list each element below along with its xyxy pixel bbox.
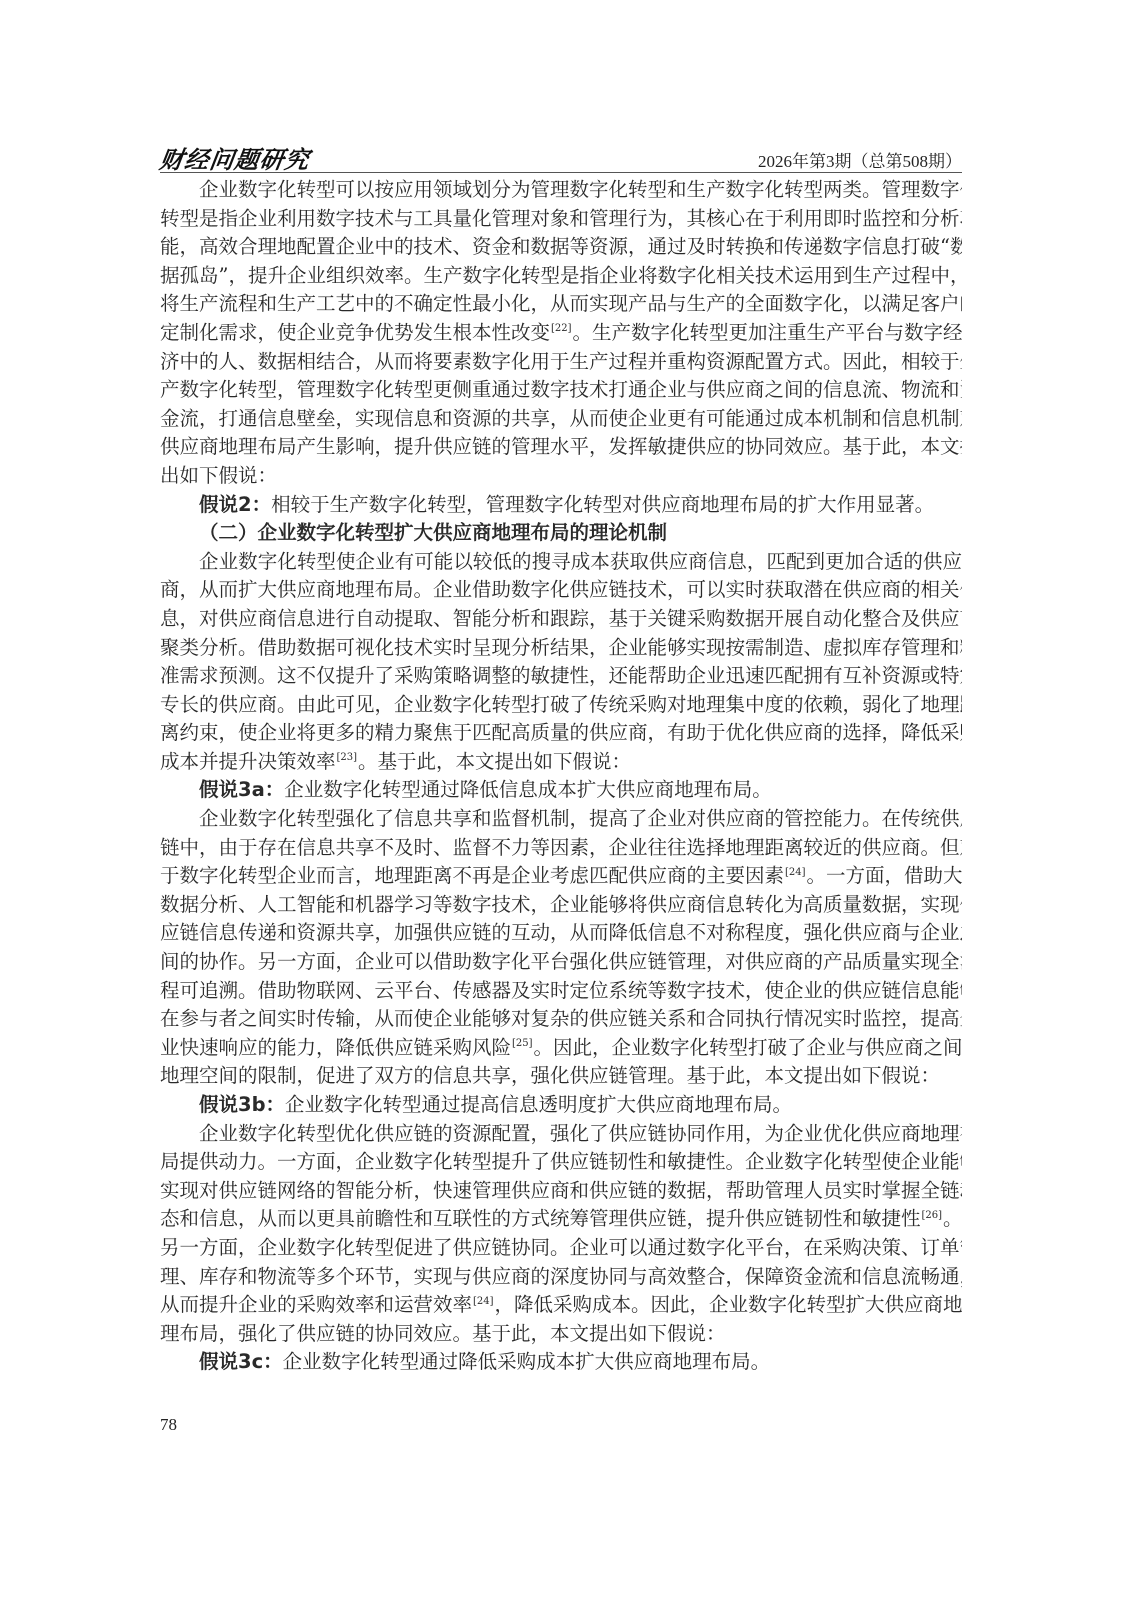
line-text-after: ，降低采购成本。因此，企业数字化转型扩大供应商地 <box>495 1293 962 1316</box>
citation-ref: [24] <box>473 1296 494 1307</box>
line-text: 在参与者之间实时传输，从而使企业能够对复杂的供应链关系和合同执行情况实时监控，提… <box>160 1007 962 1030</box>
hypothesis-line: 假说3c：企业数字化转型通过降低采购成本扩大供应商地理布局。 <box>160 1348 962 1377</box>
hypothesis-line: 假说3b：企业数字化转型通过提高信息透明度扩大供应商地理布局。 <box>160 1091 962 1120</box>
line-text: 准需求预测。这不仅提升了采购策略调整的敏捷性，还能帮助企业迅速匹配拥有互补资源或… <box>160 664 962 687</box>
line-text: 应链信息传递和资源共享，加强供应链的互动，从而降低信息不对称程度，强化供应商与企… <box>160 921 962 944</box>
line-text: 出如下假说： <box>160 464 277 487</box>
paragraph-line: 局提供动力。一方面，企业数字化转型提升了供应链韧性和敏捷性。企业数字化转型使企业… <box>160 1148 962 1177</box>
paragraph-line: 出如下假说： <box>160 462 962 491</box>
paragraph-line: 产数字化转型，管理数字化转型更侧重通过数字技术打通企业与供应商之间的信息流、物流… <box>160 376 962 405</box>
paragraph-line: 程可追溯。借助物联网、云平台、传感器及实时定位系统等数字技术，使企业的供应链信息… <box>160 977 962 1006</box>
paragraph-line: 数据分析、人工智能和机器学习等数字技术，企业能够将供应商信息转化为高质量数据，实… <box>160 891 962 920</box>
section-heading: （二）企业数字化转型扩大供应商地理布局的理论机制 <box>160 519 962 548</box>
paragraph-line: 在参与者之间实时传输，从而使企业能够对复杂的供应链关系和合同执行情况实时监控，提… <box>160 1005 962 1034</box>
line-text: 另一方面，企业数字化转型促进了供应链协同。企业可以通过数字化平台，在采购决策、订… <box>160 1236 962 1259</box>
line-text: 于数字化转型企业而言，地理距离不再是企业考虑匹配供应商的主要因素 <box>160 864 784 887</box>
line-text: 专长的供应商。由此可见，企业数字化转型打破了传统采购对地理集中度的依赖，弱化了地… <box>160 693 962 716</box>
paragraph-line: 地理空间的限制，促进了双方的信息共享，强化供应链管理。基于此，本文提出如下假说： <box>160 1062 962 1091</box>
citation-ref: [22] <box>551 323 572 334</box>
hypothesis-label: 假说3b： <box>199 1093 285 1116</box>
line-text-after: 。一方面，借助大 <box>807 864 962 887</box>
line-text: 离约束，使企业将更多的精力聚焦于匹配高质量的供应商，有助于优化供应商的选择，降低… <box>160 721 962 744</box>
issue-info: 2026年第3期（总第508期） <box>758 147 962 172</box>
paragraph-line: 准需求预测。这不仅提升了采购策略调整的敏捷性，还能帮助企业迅速匹配拥有互补资源或… <box>160 662 962 691</box>
paragraph-line: 息，对供应商信息进行自动提取、智能分析和跟踪，基于关键采购数据开展自动化整合及供… <box>160 605 962 634</box>
paragraph-line: 聚类分析。借助数据可视化技术实时呈现分析结果，企业能够实现按需制造、虚拟库存管理… <box>160 634 962 663</box>
body-text: 企业数字化转型可以按应用领域划分为管理数字化转型和生产数字化转型两类。管理数字化… <box>160 176 962 1377</box>
paragraph-line: 理布局，强化了供应链的协同效应。基于此，本文提出如下假说： <box>160 1320 962 1349</box>
line-text: 程可追溯。借助物联网、云平台、传感器及实时定位系统等数字技术，使企业的供应链信息… <box>160 979 962 1002</box>
citation-ref: [23] <box>337 752 358 763</box>
line-text: 从而提升企业的采购效率和运营效率 <box>160 1293 472 1316</box>
hypothesis-line: 假说3a：企业数字化转型通过降低信息成本扩大供应商地理布局。 <box>160 776 962 805</box>
paragraph-line: 能，高效合理地配置企业中的技术、资金和数据等资源，通过及时转换和传递数字信息打破… <box>160 233 962 262</box>
hypothesis-label: 假说3c： <box>199 1350 283 1373</box>
line-text: 济中的人、数据相结合，从而将要素数字化用于生产过程并重构资源配置方式。因此，相较… <box>160 350 962 373</box>
citation-ref: [25] <box>512 1038 533 1049</box>
paragraph-line: 于数字化转型企业而言，地理距离不再是企业考虑匹配供应商的主要因素[24]。一方面… <box>160 862 962 891</box>
hypothesis-label: 假说3a： <box>199 778 284 801</box>
citation-ref: [26] <box>922 1210 943 1221</box>
running-header: 财经问题研究 2026年第3期（总第508期） <box>160 140 962 173</box>
line-text: 相较于生产数字化转型，管理数字化转型对供应商地理布局的扩大作用显著。 <box>271 493 934 516</box>
paragraph-line: 济中的人、数据相结合，从而将要素数字化用于生产过程并重构资源配置方式。因此，相较… <box>160 348 962 377</box>
page-number: 78 <box>160 1415 177 1435</box>
line-text: 态和信息，从而以更具前瞻性和互联性的方式统筹管理供应链，提升供应链韧性和敏捷性 <box>160 1207 921 1230</box>
line-text: 企业数字化转型通过提高信息透明度扩大供应商地理布局。 <box>285 1093 792 1116</box>
line-text: 企业数字化转型优化供应链的资源配置，强化了供应链协同作用，为企业优化供应商地理布 <box>199 1122 962 1145</box>
paragraph-line: 另一方面，企业数字化转型促进了供应链协同。企业可以通过数字化平台，在采购决策、订… <box>160 1234 962 1263</box>
paragraph-line: 企业数字化转型使企业有可能以较低的搜寻成本获取供应商信息，匹配到更加合适的供应 <box>160 548 962 577</box>
hypothesis-label: 假说2： <box>199 493 271 516</box>
line-text: 转型是指企业利用数字技术与工具量化管理对象和管理行为，其核心在于利用即时监控和分… <box>160 207 962 230</box>
line-text: 定制化需求，使企业竞争优势发生根本性改变 <box>160 321 550 344</box>
paragraph-line: 间的协作。另一方面，企业可以借助数字化平台强化供应链管理，对供应商的产品质量实现… <box>160 948 962 977</box>
line-text: 理、库存和物流等多个环节，实现与供应商的深度协同与高效整合，保障资金流和信息流畅… <box>160 1265 962 1288</box>
paragraph-line: 理、库存和物流等多个环节，实现与供应商的深度协同与高效整合，保障资金流和信息流畅… <box>160 1263 962 1292</box>
paragraph-line: 企业数字化转型强化了信息共享和监督机制，提高了企业对供应商的管控能力。在传统供应 <box>160 805 962 834</box>
paragraph-line: 离约束，使企业将更多的精力聚焦于匹配高质量的供应商，有助于优化供应商的选择，降低… <box>160 719 962 748</box>
line-text-after: 。因此，企业数字化转型打破了企业与供应商之间 <box>534 1036 962 1059</box>
citation-ref: [24] <box>785 867 806 878</box>
paragraph-line: 转型是指企业利用数字技术与工具量化管理对象和管理行为，其核心在于利用即时监控和分… <box>160 205 962 234</box>
line-text: 局提供动力。一方面，企业数字化转型提升了供应链韧性和敏捷性。企业数字化转型使企业… <box>160 1150 962 1173</box>
paragraph-line: 实现对供应链网络的智能分析，快速管理供应商和供应链的数据，帮助管理人员实时掌握全… <box>160 1177 962 1206</box>
paragraph-line: 链中，由于存在信息共享不及时、监督不力等因素，企业往往选择地理距离较近的供应商。… <box>160 834 962 863</box>
line-text: 据孤岛”，提升企业组织效率。生产数字化转型是指企业将数字化相关技术运用到生产过程… <box>160 264 962 287</box>
line-text: 业快速响应的能力，降低供应链采购风险 <box>160 1036 511 1059</box>
line-text: 成本并提升决策效率 <box>160 750 336 773</box>
journal-logo: 财经问题研究 <box>158 140 313 175</box>
paragraph-line: 企业数字化转型可以按应用领域划分为管理数字化转型和生产数字化转型两类。管理数字化 <box>160 176 962 205</box>
line-text-after: 。 <box>943 1207 962 1230</box>
line-text: 聚类分析。借助数据可视化技术实时呈现分析结果，企业能够实现按需制造、虚拟库存管理… <box>160 636 962 659</box>
paragraph-line: 定制化需求，使企业竞争优势发生根本性改变[22]。生产数字化转型更加注重生产平台… <box>160 319 962 348</box>
line-text: 企业数字化转型使企业有可能以较低的搜寻成本获取供应商信息，匹配到更加合适的供应 <box>199 550 962 573</box>
line-text: 金流，打通信息壁垒，实现信息和资源的共享，从而使企业更有可能通过成本机制和信息机… <box>160 407 962 430</box>
paragraph-line: 专长的供应商。由此可见，企业数字化转型打破了传统采购对地理集中度的依赖，弱化了地… <box>160 691 962 720</box>
paragraph-line: 态和信息，从而以更具前瞻性和互联性的方式统筹管理供应链，提升供应链韧性和敏捷性[… <box>160 1205 962 1234</box>
line-text: 息，对供应商信息进行自动提取、智能分析和跟踪，基于关键采购数据开展自动化整合及供… <box>160 607 962 630</box>
line-text: 企业数字化转型通过降低采购成本扩大供应商地理布局。 <box>283 1350 771 1373</box>
paragraph-line: 企业数字化转型优化供应链的资源配置，强化了供应链协同作用，为企业优化供应商地理布 <box>160 1120 962 1149</box>
line-text: 将生产流程和生产工艺中的不确定性最小化，从而实现产品与生产的全面数字化，以满足客… <box>160 292 962 315</box>
paragraph-line: 供应商地理布局产生影响，提升供应链的管理水平，发挥敏捷供应的协同效应。基于此，本… <box>160 433 962 462</box>
paragraph-line: 商，从而扩大供应商地理布局。企业借助数字化供应链技术，可以实时获取潜在供应商的相… <box>160 576 962 605</box>
paragraph-line: 将生产流程和生产工艺中的不确定性最小化，从而实现产品与生产的全面数字化，以满足客… <box>160 290 962 319</box>
line-text: 地理空间的限制，促进了双方的信息共享，强化供应链管理。基于此，本文提出如下假说： <box>160 1064 940 1087</box>
paragraph-line: 金流，打通信息壁垒，实现信息和资源的共享，从而使企业更有可能通过成本机制和信息机… <box>160 405 962 434</box>
line-text: 能，高效合理地配置企业中的技术、资金和数据等资源，通过及时转换和传递数字信息打破… <box>160 235 962 258</box>
line-text: 数据分析、人工智能和机器学习等数字技术，企业能够将供应商信息转化为高质量数据，实… <box>160 893 962 916</box>
line-text: 企业数字化转型强化了信息共享和监督机制，提高了企业对供应商的管控能力。在传统供应 <box>199 807 962 830</box>
line-text: 企业数字化转型可以按应用领域划分为管理数字化转型和生产数字化转型两类。管理数字化 <box>199 178 962 201</box>
line-text: 供应商地理布局产生影响，提升供应链的管理水平，发挥敏捷供应的协同效应。基于此，本… <box>160 435 962 458</box>
line-text: 理布局，强化了供应链的协同效应。基于此，本文提出如下假说： <box>160 1322 726 1345</box>
hypothesis-line: 假说2：相较于生产数字化转型，管理数字化转型对供应商地理布局的扩大作用显著。 <box>160 491 962 520</box>
line-text: 企业数字化转型通过降低信息成本扩大供应商地理布局。 <box>284 778 772 801</box>
line-text-after: 。基于此，本文提出如下假说： <box>358 750 631 773</box>
line-text-after: 。生产数字化转型更加注重生产平台与数字经 <box>573 321 962 344</box>
line-text: 间的协作。另一方面，企业可以借助数字化平台强化供应链管理，对供应商的产品质量实现… <box>160 950 962 973</box>
paragraph-line: 应链信息传递和资源共享，加强供应链的互动，从而降低信息不对称程度，强化供应商与企… <box>160 919 962 948</box>
line-text: 产数字化转型，管理数字化转型更侧重通过数字技术打通企业与供应商之间的信息流、物流… <box>160 378 962 401</box>
paragraph-line: 从而提升企业的采购效率和运营效率[24]，降低采购成本。因此，企业数字化转型扩大… <box>160 1291 962 1320</box>
paragraph-line: 据孤岛”，提升企业组织效率。生产数字化转型是指企业将数字化相关技术运用到生产过程… <box>160 262 962 291</box>
section-heading-text: （二）企业数字化转型扩大供应商地理布局的理论机制 <box>199 521 667 544</box>
paragraph-line: 成本并提升决策效率[23]。基于此，本文提出如下假说： <box>160 748 962 777</box>
line-text: 商，从而扩大供应商地理布局。企业借助数字化供应链技术，可以实时获取潜在供应商的相… <box>160 578 962 601</box>
line-text: 链中，由于存在信息共享不及时、监督不力等因素，企业往往选择地理距离较近的供应商。… <box>160 836 962 859</box>
line-text: 实现对供应链网络的智能分析，快速管理供应商和供应链的数据，帮助管理人员实时掌握全… <box>160 1179 962 1202</box>
paragraph-line: 业快速响应的能力，降低供应链采购风险[25]。因此，企业数字化转型打破了企业与供… <box>160 1034 962 1063</box>
